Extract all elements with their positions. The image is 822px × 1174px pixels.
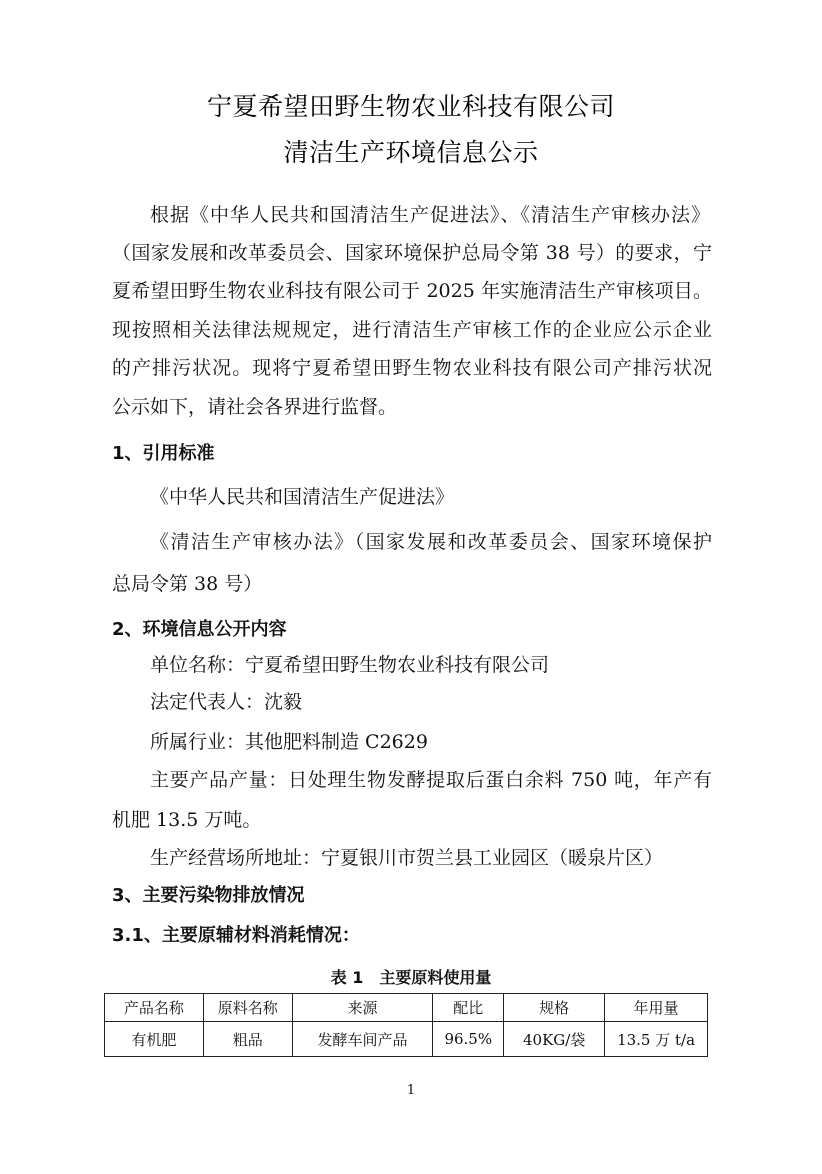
intro-paragraph-line: 现按照相关法律法规规定，进行清洁生产审核工作的企业应公示企业	[112, 318, 712, 342]
unit-name: 单位名称：宁夏希望田野生物农业科技有限公司	[150, 653, 750, 677]
section-1-heading: 1、引用标准	[112, 442, 712, 466]
document-title-subject: 清洁生产环境信息公示	[0, 133, 822, 169]
document-page: 宁夏希望田野生物农业科技有限公司 清洁生产环境信息公示 根据《中华人民共和国清洁…	[0, 0, 822, 1174]
header-product-name: 产品名称	[105, 994, 204, 1022]
main-product-output: 主要产品产量：日处理生物发酵提取后蛋白余料 750 吨，年产有	[150, 768, 712, 792]
table-1-caption: 表 1 主要原料使用量	[0, 965, 822, 988]
cell-spec: 40KG/袋	[504, 1022, 605, 1057]
raw-material-usage-table: 产品名称 原料名称 来源 配比 规格 年用量 有机肥 粗品 发酵车间产品 96.…	[104, 993, 708, 1057]
cell-annual-usage: 13.5 万 t/a	[605, 1022, 708, 1057]
section-2-heading: 2、环境信息公开内容	[112, 618, 712, 642]
header-annual-usage: 年用量	[605, 994, 708, 1022]
intro-paragraph-line: 公示如下，请社会各界进行监督。	[112, 395, 712, 419]
section-3-1-heading: 3.1、主要原辅材料消耗情况：	[112, 924, 712, 948]
table-header-row: 产品名称 原料名称 来源 配比 规格 年用量	[105, 994, 708, 1022]
reference-standard-item-cont: 总局令第 38 号）	[112, 572, 712, 596]
header-spec: 规格	[504, 994, 605, 1022]
legal-representative: 法定代表人：沈毅	[150, 690, 750, 714]
header-material-name: 原料名称	[203, 994, 292, 1022]
document-title-company: 宁夏希望田野生物农业科技有限公司	[0, 87, 822, 123]
table-row: 有机肥 粗品 发酵车间产品 96.5% 40KG/袋 13.5 万 t/a	[105, 1022, 708, 1057]
cell-ratio: 96.5%	[433, 1022, 504, 1057]
intro-paragraph-line: 夏希望田野生物农业科技有限公司于 2025 年实施清洁生产审核项目。	[112, 279, 712, 303]
page-number: 1	[0, 1083, 822, 1098]
main-product-output-cont: 机肥 13.5 万吨。	[112, 808, 712, 832]
cell-product-name: 有机肥	[105, 1022, 204, 1057]
reference-standard-item: 《清洁生产审核办法》（国家发展和改革委员会、国家环境保护	[150, 530, 712, 554]
header-source: 来源	[292, 994, 433, 1022]
intro-paragraph-line: 的产排污状况。现将宁夏希望田野生物农业科技有限公司产排污状况	[112, 356, 712, 380]
intro-paragraph-line: （国家发展和改革委员会、国家环境保护总局令第 38 号）的要求，宁	[112, 241, 712, 265]
cell-source: 发酵车间产品	[292, 1022, 433, 1057]
cell-material-name: 粗品	[203, 1022, 292, 1057]
header-ratio: 配比	[433, 994, 504, 1022]
section-3-heading: 3、主要污染物排放情况	[112, 884, 712, 908]
intro-paragraph-line: 根据《中华人民共和国清洁生产促进法》、《清洁生产审核办法》	[150, 203, 710, 227]
reference-standard-item: 《中华人民共和国清洁生产促进法》	[150, 485, 750, 509]
production-address: 生产经营场所地址：宁夏银川市贺兰县工业园区（暖泉片区）	[150, 846, 750, 870]
industry: 所属行业：其他肥料制造 C2629	[150, 730, 750, 754]
